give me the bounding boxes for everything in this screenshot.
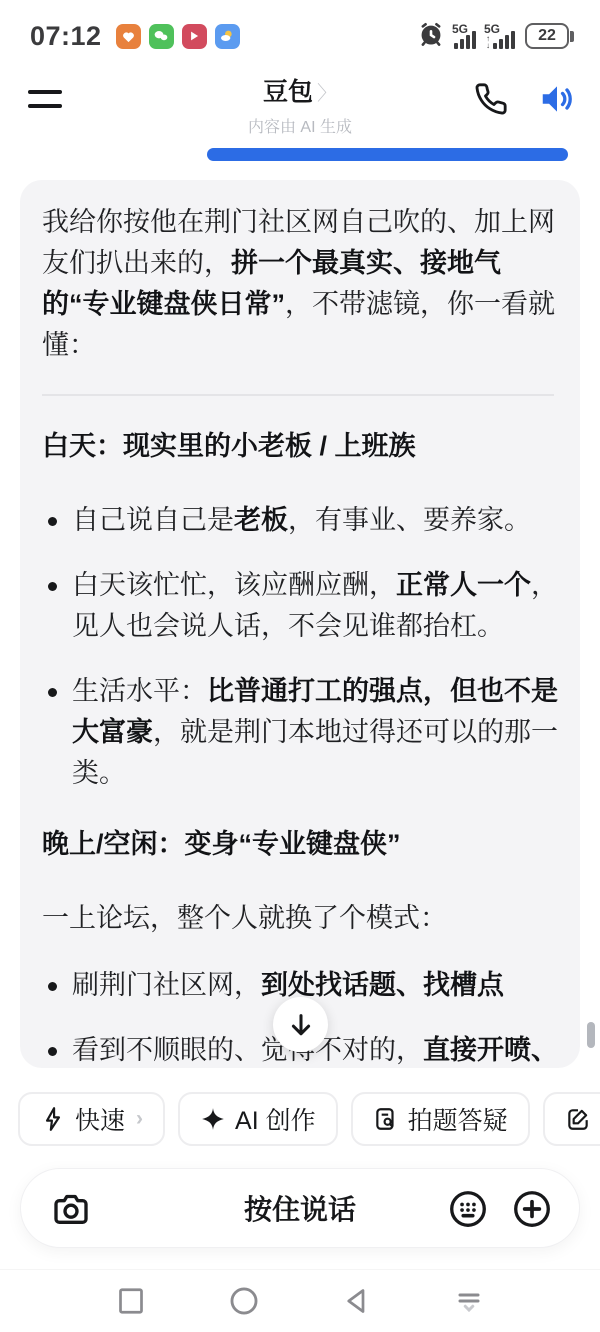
night-intro-paragraph: 一上论坛，整个人就换了个模式：	[42, 898, 558, 939]
quick-mode-chip[interactable]: 快速 ›	[18, 1092, 165, 1146]
menu-icon[interactable]	[28, 90, 62, 114]
speaker-icon[interactable]	[538, 80, 576, 118]
heart-app-icon	[116, 24, 141, 49]
weather-app-icon	[215, 24, 240, 49]
sparkle-icon	[200, 1106, 226, 1132]
nav-recents-button[interactable]	[113, 1283, 149, 1319]
intro-paragraph: 我给你按他在荆门社区网自己吹的、加上网友们扒出来的，拼一个最真实、接地气的“专业…	[42, 202, 558, 366]
wechat-app-icon	[149, 24, 174, 49]
arrow-down-icon	[287, 1011, 315, 1039]
doc-search-icon	[373, 1106, 399, 1132]
section-heading-daytime: 白天：现实里的小老板 / 上班族	[42, 426, 558, 466]
nav-home-button[interactable]	[225, 1282, 263, 1320]
list-item: 白天该忙忙，该应酬应酬，正常人一个，见人也会说人话，不会见谁都抬杠。	[42, 565, 558, 647]
lightning-icon	[40, 1106, 66, 1132]
message-content: 我给你按他在荆门社区网自己吹的、加上网友们扒出来的，拼一个最真实、接地气的“专业…	[42, 202, 558, 1068]
section-divider	[42, 394, 554, 396]
nav-back-button[interactable]	[339, 1283, 375, 1319]
bullet-list-daytime: 自己说自己是老板，有事业、要养家。 白天该忙忙，该应酬应酬，正常人一个，见人也会…	[42, 500, 558, 794]
clock-time: 07:12	[30, 21, 102, 52]
help-write-chip[interactable]: 帮我写作	[543, 1092, 600, 1146]
edit-icon	[565, 1106, 591, 1132]
playback-progress-bar	[207, 148, 568, 161]
voice-input-bar[interactable]: 按住说话	[20, 1168, 580, 1248]
alarm-icon	[418, 21, 444, 52]
signal-5g-icon-1: 5G	[454, 23, 476, 49]
scroll-to-bottom-button[interactable]	[273, 997, 328, 1052]
ai-disclaimer: 内容由 AI 生成	[150, 114, 450, 137]
phone-call-icon[interactable]	[474, 82, 508, 116]
keyboard-icon[interactable]	[447, 1188, 489, 1235]
photo-question-chip[interactable]: 拍题答疑	[351, 1092, 530, 1146]
android-nav-bar	[0, 1270, 600, 1332]
hold-to-talk-button[interactable]: 按住说话	[244, 1188, 356, 1228]
status-bar: 07:12 5G 5G ↑↓	[0, 0, 600, 62]
quick-actions-row: 快速 › AI 创作 拍题答疑 帮我写作	[0, 1092, 600, 1146]
phone-screen: 07:12 5G 5G ↑↓	[0, 0, 600, 1332]
signal-5g-icon-2: 5G ↑↓	[486, 23, 515, 49]
page-title[interactable]: 豆包〉	[150, 72, 450, 108]
scrollbar-thumb[interactable]	[587, 1022, 595, 1048]
video-app-icon	[182, 24, 207, 49]
plus-icon[interactable]	[511, 1188, 553, 1235]
list-item: 自己说自己是老板，有事业、要养家。	[42, 500, 558, 541]
nav-panel-button[interactable]	[451, 1283, 487, 1319]
camera-icon[interactable]	[51, 1189, 91, 1234]
ai-message-bubble: 我给你按他在荆门社区网自己吹的、加上网友们扒出来的，拼一个最真实、接地气的“专业…	[20, 180, 580, 1068]
list-item: 生活水平：比普通打工的强点，但也不是大富豪，就是荆门本地过得还可以的那一类。	[42, 671, 558, 794]
battery-indicator: 22	[525, 23, 574, 49]
chevron-right-icon: ›	[136, 1107, 143, 1131]
app-header: 豆包〉 内容由 AI 生成	[0, 62, 600, 147]
ai-create-chip[interactable]: AI 创作	[178, 1092, 338, 1146]
chevron-right-icon: 〉	[317, 83, 337, 105]
section-heading-night: 晚上/空闲：变身“专业键盘侠”	[42, 824, 558, 864]
